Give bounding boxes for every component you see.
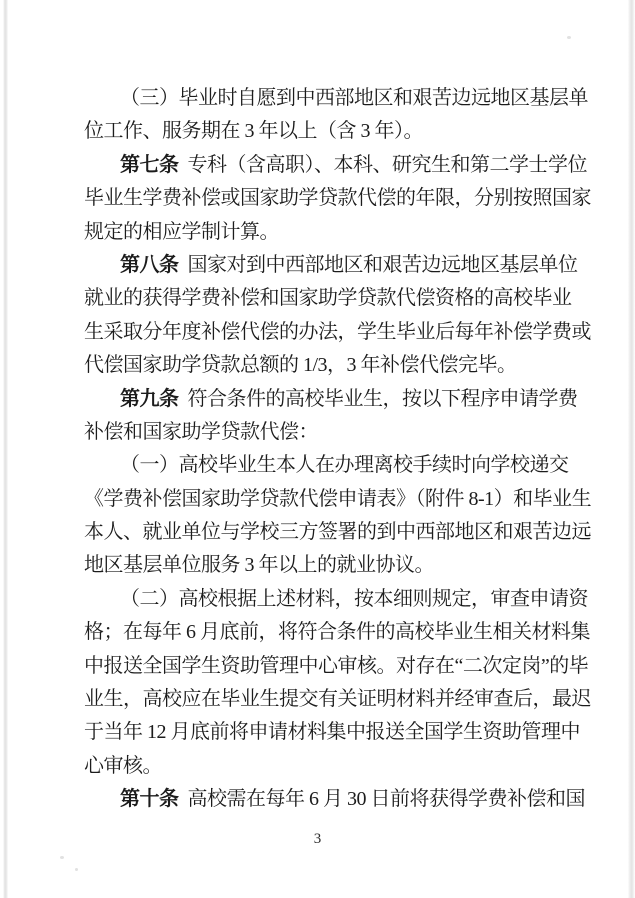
line-text: （一）高校毕业生本人在办理离校手续时向学校递交	[120, 454, 569, 476]
document-line: 补偿和国家助学贷款代偿：	[84, 416, 556, 449]
document-line: 业生，高校应在毕业生提交有关证明材料并经审查后，最迟	[84, 683, 556, 716]
document-line: 第八条国家对到中西部地区和艰苦边远地区基层单位	[84, 249, 556, 282]
document-line: 就业的获得学费补偿和国家助学贷款代偿资格的高校毕业	[84, 282, 556, 315]
document-line: 格；在每年 6 月底前，将符合条件的高校毕业生相关材料集	[84, 616, 556, 649]
document-line: 毕业生学费补偿或国家助学贷款代偿的年限，分别按照国家	[84, 182, 556, 215]
document-line: 规定的相应学制计算。	[84, 216, 556, 249]
document-line: 第九条符合条件的高校毕业生，按以下程序申请学费	[84, 383, 556, 416]
line-text: 专科（含高职）、本科、研究生和第二学士学位	[188, 154, 588, 176]
line-text: 业生，高校应在毕业生提交有关证明材料并经审查后，最迟	[84, 688, 591, 710]
document-body: （三）毕业时自愿到中西部地区和艰苦边远地区基层单位工作、服务期在 3 年以上（含…	[84, 82, 556, 817]
document-line: 地区基层单位服务 3 年以上的就业协议。	[84, 549, 556, 582]
line-text: 《学费补偿国家助学贷款代偿申请表》（附件 8-1）和毕业生	[84, 488, 591, 510]
document-line: 心审核。	[84, 750, 556, 783]
page-number: 3	[0, 828, 635, 850]
article-number: 第七条	[120, 154, 179, 176]
article-number: 第八条	[120, 254, 179, 276]
line-text: 高校需在每年 6 月 30 日前将获得学费补偿和国	[188, 788, 586, 810]
line-text: 于当年 12 月底前将申请材料集中报送全国学生资助管理中	[84, 721, 580, 743]
document-line: （三）毕业时自愿到中西部地区和艰苦边远地区基层单	[84, 82, 556, 115]
line-text: 心审核。	[84, 755, 162, 777]
scan-edge-left	[3, 0, 8, 898]
document-line: （一）高校毕业生本人在办理离校手续时向学校递交	[84, 449, 556, 482]
line-text: 规定的相应学制计算。	[84, 221, 279, 243]
line-text: 国家对到中西部地区和艰苦边远地区基层单位	[188, 254, 578, 276]
article-number: 第九条	[120, 388, 179, 410]
line-text: （三）毕业时自愿到中西部地区和艰苦边远地区基层单	[120, 87, 588, 109]
document-line: 第十条高校需在每年 6 月 30 日前将获得学费补偿和国	[84, 783, 556, 816]
scan-speck	[60, 856, 64, 859]
line-text: 毕业生学费补偿或国家助学贷款代偿的年限，分别按照国家	[84, 187, 591, 209]
document-line: （二）高校根据上述材料，按本细则规定，审查申请资	[84, 583, 556, 616]
line-text: 就业的获得学费补偿和国家助学贷款代偿资格的高校毕业	[84, 287, 572, 309]
line-text: 代偿国家助学贷款总额的 1/3，3 年补偿代偿完毕。	[84, 354, 517, 376]
document-line: 代偿国家助学贷款总额的 1/3，3 年补偿代偿完毕。	[84, 349, 556, 382]
line-text: 地区基层单位服务 3 年以上的就业协议。	[84, 554, 434, 576]
document-line: 生采取分年度补偿代偿的办法，学生毕业后每年补偿学费或	[84, 316, 556, 349]
document-page: （三）毕业时自愿到中西部地区和艰苦边远地区基层单位工作、服务期在 3 年以上（含…	[0, 0, 635, 898]
scan-edge-right	[628, 0, 635, 898]
scan-speck	[75, 868, 78, 871]
article-number: 第十条	[120, 788, 179, 810]
line-text: 本人、就业单位与学校三方签署的到中西部地区和艰苦边远	[84, 521, 591, 543]
scan-speck	[567, 36, 571, 39]
document-line: 《学费补偿国家助学贷款代偿申请表》（附件 8-1）和毕业生	[84, 483, 556, 516]
document-line: 中报送全国学生资助管理中心审核。对存在“二次定岗”的毕	[84, 650, 556, 683]
document-line: 本人、就业单位与学校三方签署的到中西部地区和艰苦边远	[84, 516, 556, 549]
line-text: 位工作、服务期在 3 年以上（含 3 年）。	[84, 120, 423, 142]
document-line: 于当年 12 月底前将申请材料集中报送全国学生资助管理中	[84, 716, 556, 749]
line-text: （二）高校根据上述材料，按本细则规定，审查申请资	[120, 588, 588, 610]
line-text: 格；在每年 6 月底前，将符合条件的高校毕业生相关材料集	[84, 621, 590, 643]
document-line: 位工作、服务期在 3 年以上（含 3 年）。	[84, 115, 556, 148]
line-text: 中报送全国学生资助管理中心审核。对存在“二次定岗”的毕	[84, 655, 588, 677]
line-text: 符合条件的高校毕业生，按以下程序申请学费	[188, 388, 578, 410]
document-line: 第七条专科（含高职）、本科、研究生和第二学士学位	[84, 149, 556, 182]
line-text: 生采取分年度补偿代偿的办法，学生毕业后每年补偿学费或	[84, 321, 591, 343]
line-text: 补偿和国家助学贷款代偿：	[84, 421, 318, 443]
